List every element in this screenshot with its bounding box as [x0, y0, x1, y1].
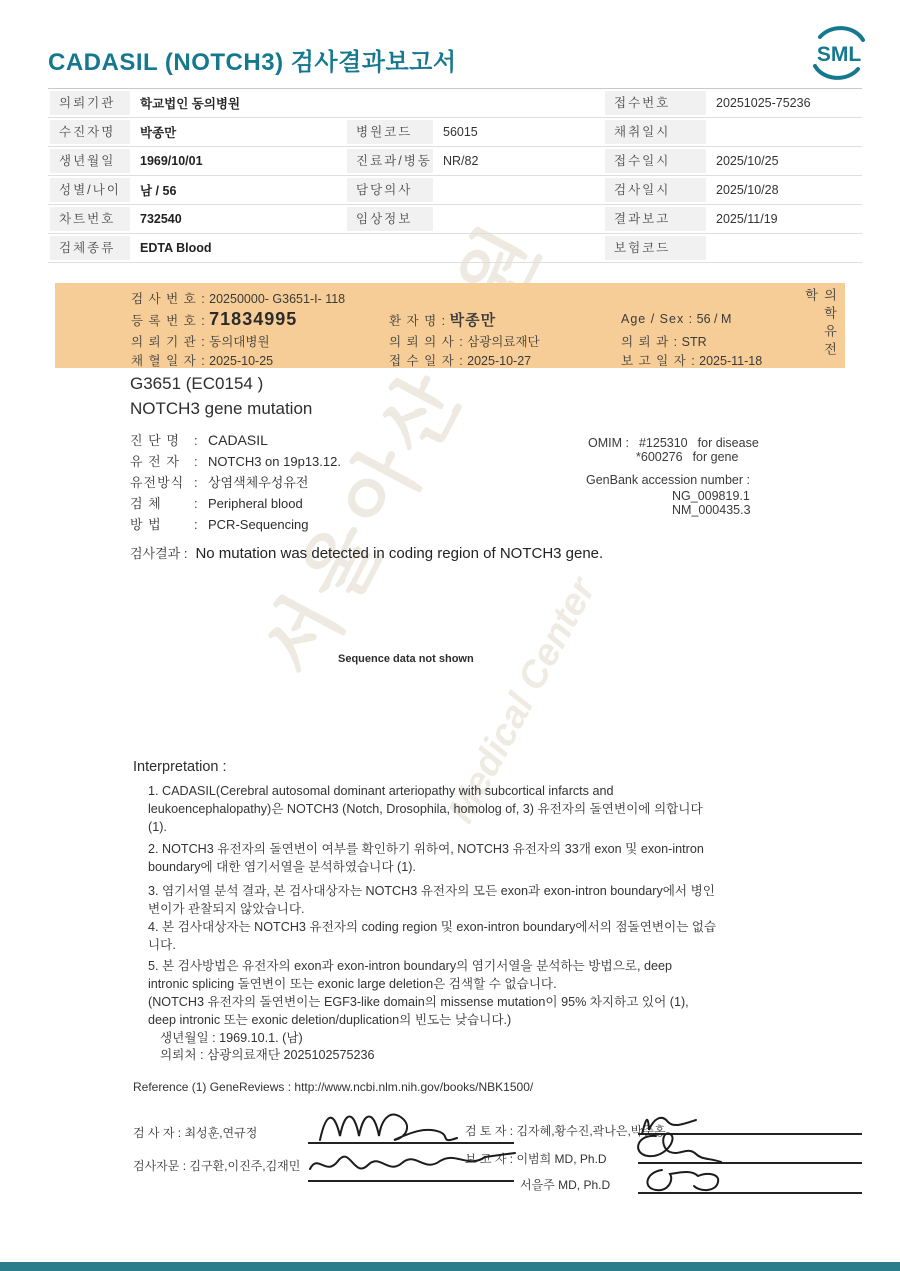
test-field-row: 유전방식:상염색체우성유전 [130, 472, 341, 493]
medical-genetics-vertical-label: 의학유전학 [801, 288, 839, 368]
result-value: No mutation was detected in coding regio… [195, 545, 603, 562]
omim-disease-note: for disease [698, 436, 759, 450]
field-label: 접수번호 [605, 91, 706, 115]
omim-gene-value: *600276 [636, 450, 683, 464]
draw-date-value: 2025-10-25 [209, 354, 273, 368]
test-field-row: 진 단 명:CADASIL [130, 430, 341, 451]
reporter2-signature [634, 1162, 729, 1196]
interpretation-paragraph-1: 1. CADASIL(Cerebral autosomal dominant a… [148, 783, 816, 837]
banner-row: 의 뢰 기 관 : 동의대병원 의 뢰 의 사 : 삼광의료재단 의 뢰 과 :… [131, 331, 805, 350]
genbank-accessions: NG_009819.1 NM_000435.3 [672, 489, 751, 517]
interpretation-heading: Interpretation : [133, 759, 227, 775]
registration-number-value: 71834995 [209, 309, 297, 329]
field-value: EDTA Blood [132, 241, 603, 255]
patient-extra-info: 생년월일 : 1969.10.1. (남) 의뢰처 : 삼광의료재단 20251… [160, 1030, 375, 1064]
age-sex-label: Age / Sex : [621, 312, 693, 326]
age-sex-value: 56 / M [697, 312, 732, 326]
field-label: 유전방식 [130, 472, 194, 491]
omim-label: OMIM : [588, 436, 629, 450]
test-field-row: 유 전 자:NOTCH3 on 19p13.12. [130, 451, 341, 472]
banner-row: 등 록 번 호 : 71834995 환 자 명 : 박종만 Age / Sex… [131, 307, 805, 331]
interpretation-paragraph-2: 2. NOTCH3 유전자의 돌연변이 여부를 확인하기 위하여, NOTCH3… [148, 841, 816, 877]
omim-block: OMIM :#125310for disease *600276for gene [588, 436, 769, 464]
reporter2-label: 서을주 MD, Ph.D [520, 1176, 610, 1193]
field-label: 병원코드 [347, 120, 433, 144]
field-label: 성별/나이 [50, 178, 130, 202]
report-date-value: 2025-11-18 [699, 354, 762, 368]
field-label: 진 단 명 [130, 430, 194, 449]
table-row: 차트번호 732540 임상정보 결과보고 2025/11/19 [48, 205, 862, 234]
reference-text: Reference (1) GeneReviews : http://www.n… [133, 1080, 533, 1094]
field-label: 진료과/병동 [347, 149, 433, 173]
field-value: NR/82 [435, 154, 603, 168]
field-value: 1969/10/01 [132, 154, 345, 168]
page-title: CADASIL (NOTCH3) 검사결과보고서 [48, 42, 457, 77]
field-label: 차트번호 [50, 207, 130, 231]
patient-name-value: 박종만 [450, 312, 496, 329]
test-field-row: 검 체:Peripheral blood [130, 493, 341, 514]
field-value: NOTCH3 on 19p13.12. [208, 454, 341, 469]
field-label: 유 전 자 [130, 451, 194, 470]
field-label: 검체종류 [50, 236, 130, 260]
test-fields: 진 단 명:CADASIL 유 전 자:NOTCH3 on 19p13.12. … [130, 430, 341, 535]
field-label: 생년월일 [50, 149, 130, 173]
field-label: 검 체 [130, 493, 194, 512]
field-label: 임상정보 [347, 207, 433, 231]
table-row: 수진자명 박종만 병원코드 56015 채취일시 [48, 118, 862, 147]
table-row: 성별/나이 남 / 56 담당의사 검사일시 2025/10/28 [48, 176, 862, 205]
field-value: 학교법인 동의병원 [132, 94, 603, 112]
table-row: 생년월일 1969/10/01 진료과/병동 NR/82 접수일시 2025/1… [48, 147, 862, 176]
referring-org-value: 동의대병원 [209, 335, 269, 349]
logo-top-arc [820, 28, 863, 40]
field-value: 20251025-75236 [708, 96, 862, 110]
field-value: 박종만 [132, 123, 345, 141]
field-label: 담당의사 [347, 178, 433, 202]
referring-org-label: 의 뢰 기 관 : [131, 335, 206, 349]
receive-date-label: 접 수 일 자 : [389, 354, 464, 368]
field-value: CADASIL [208, 432, 268, 448]
patient-name-label: 환 자 명 : [389, 314, 446, 328]
field-value: Peripheral blood [208, 496, 303, 511]
draw-date-label: 채 혈 일 자 : [131, 354, 206, 368]
field-value: 2025/10/28 [708, 183, 862, 197]
logo-text: SML [817, 43, 862, 66]
advisor-signature [300, 1143, 525, 1185]
sequence-note: Sequence data not shown [338, 653, 474, 665]
test-code: G3651 (EC0154 ) [130, 374, 263, 394]
field-label: 방 법 [130, 514, 194, 533]
field-value: 남 / 56 [132, 181, 345, 199]
field-value: 2025/11/19 [708, 212, 862, 226]
test-result-row: 검사결과 :No mutation was detected in coding… [130, 543, 603, 563]
field-value: 56015 [435, 125, 603, 139]
genbank-label: GenBank accession number : [586, 473, 750, 487]
omim-gene-note: for gene [693, 450, 739, 464]
referring-doctor-label: 의 뢰 의 사 : [389, 335, 464, 349]
referring-dept-label: 의 뢰 과 : [621, 335, 678, 349]
field-value: 2025/10/25 [708, 154, 862, 168]
banner-row: 채 혈 일 자 : 2025-10-25 접 수 일 자 : 2025-10-2… [131, 350, 805, 369]
field-label: 보험코드 [605, 236, 706, 260]
test-number-value: 20250000- G3651-I- 118 [209, 292, 345, 306]
advisor-label: 검사자문 : 김구환,이진주,김재민 [133, 1157, 300, 1174]
referring-doctor-value: 삼광의료재단 [467, 335, 539, 349]
sml-logo: SML [806, 22, 872, 84]
test-name: NOTCH3 gene mutation [130, 399, 312, 419]
result-label: 검사결과 : [130, 546, 187, 561]
field-label: 채취일시 [605, 120, 706, 144]
logo-bottom-arc [815, 66, 858, 78]
omim-disease-value: #125310 [639, 436, 688, 450]
test-field-row: 방 법:PCR-Sequencing [130, 514, 341, 535]
field-value: 상염색체우성유전 [208, 475, 308, 490]
tester-signature [312, 1104, 512, 1146]
tester-label: 검 사 자 : 최성훈,연규정 [133, 1124, 257, 1141]
interpretation-paragraph-3: 3. 염기서열 분석 결과, 본 검사대상자는 NOTCH3 유전자의 모든 e… [148, 883, 816, 955]
footer-accent-bar [0, 1262, 900, 1271]
lab-slip-banner: 검 사 번 호 : 20250000- G3651-I- 118 등 록 번 호… [55, 283, 845, 368]
receive-date-value: 2025-10-27 [467, 354, 531, 368]
interpretation-paragraph-5: 5. 본 검사방법은 유전자의 exon과 exon-intron bounda… [148, 958, 816, 1030]
referring-dept-value: STR [682, 335, 707, 349]
report-page: 서울아산병원 Medical Center CADASIL (NOTCH3) 검… [0, 0, 900, 1271]
field-value: PCR-Sequencing [208, 517, 308, 532]
table-row: 검체종류 EDTA Blood 보험코드 [48, 234, 862, 263]
registration-number-label: 등 록 번 호 : [131, 314, 206, 328]
test-number-label: 검 사 번 호 : [131, 292, 206, 306]
report-date-label: 보 고 일 자 : [621, 354, 696, 368]
field-label: 의뢰기관 [50, 91, 130, 115]
table-row: 의뢰기관 학교법인 동의병원 접수번호 20251025-75236 [48, 89, 862, 118]
patient-info-table: 의뢰기관 학교법인 동의병원 접수번호 20251025-75236 수진자명 … [48, 88, 862, 263]
field-label: 결과보고 [605, 207, 706, 231]
field-label: 접수일시 [605, 149, 706, 173]
banner-row: 검 사 번 호 : 20250000- G3651-I- 118 [131, 288, 805, 307]
field-label: 검사일시 [605, 178, 706, 202]
field-label: 수진자명 [50, 120, 130, 144]
field-value: 732540 [132, 212, 345, 226]
